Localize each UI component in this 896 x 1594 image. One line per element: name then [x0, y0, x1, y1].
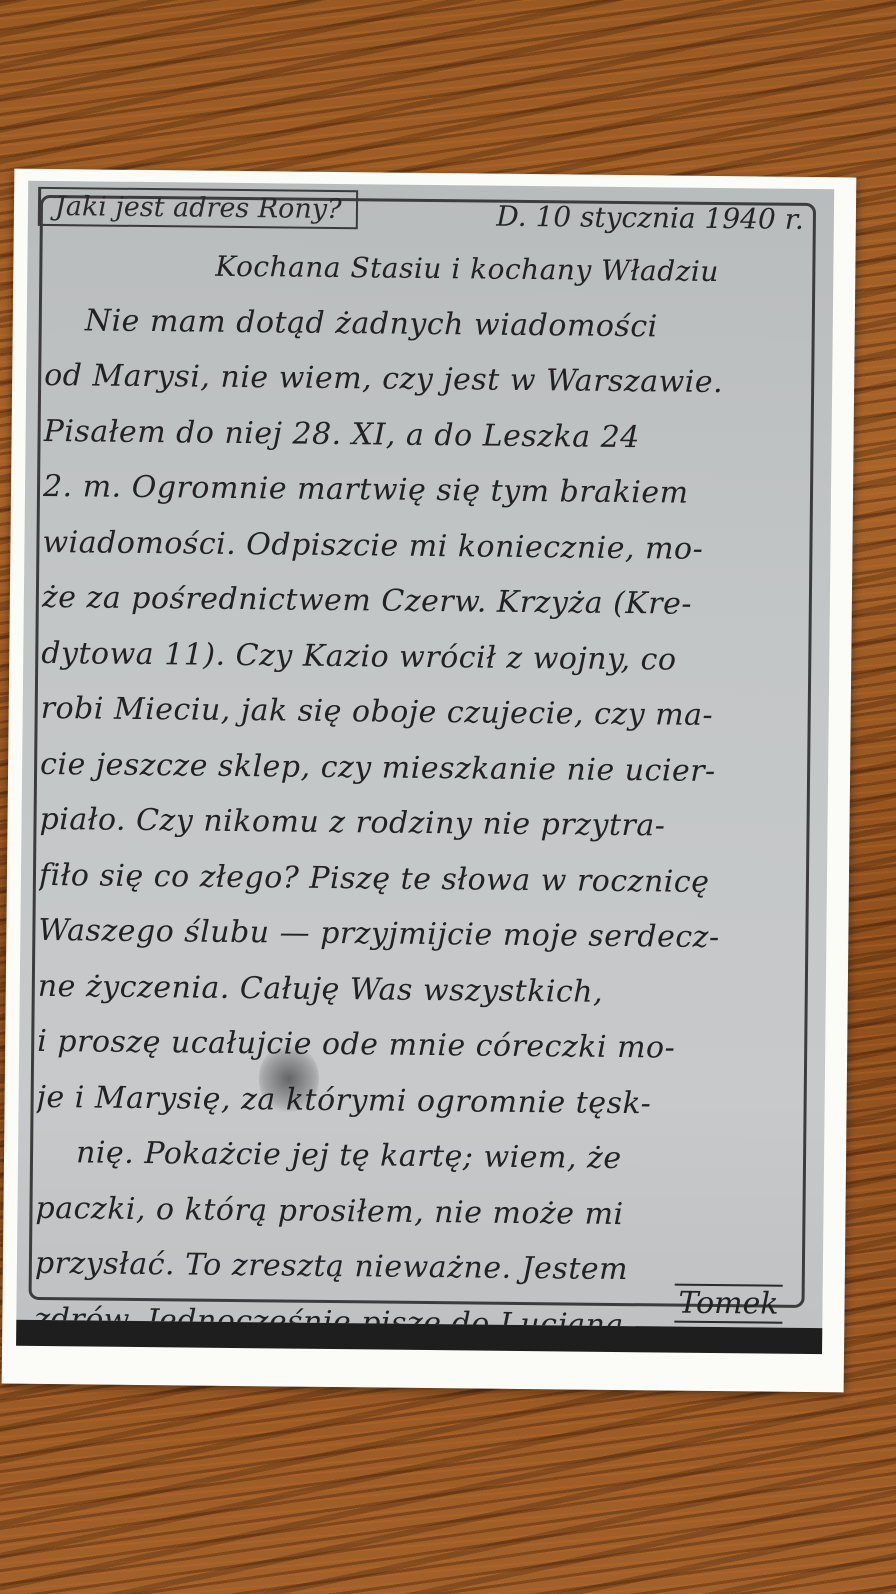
letter-line: paczki, o którą prosiłem, nie może mi — [35, 1180, 794, 1243]
letter-line: ne życzenia. Całuję Was wszystkich, — [38, 958, 797, 1021]
salutation: Kochana Stasiu i kochany Władziu — [45, 237, 804, 300]
letter-line: Pisałem do niej 28. XI, a do Leszka 24 — [43, 403, 802, 466]
letter-date: D. 10 stycznia 1940 r. — [496, 200, 804, 236]
letter-line: dytowa 11). Czy Kazio wrócił z wojny, co — [41, 625, 800, 688]
letter-line: piało. Czy nikomu z rodziny nie przytra- — [39, 792, 798, 855]
letter-line: od Marysi, nie wiem, czy jest w Warszawi… — [44, 348, 803, 411]
letter-line: że za pośrednictwem Czerw. Krzyża (Kre- — [42, 570, 801, 633]
letter-scan: Jaki jest adres Rony? D. 10 stycznia 194… — [16, 181, 834, 1354]
photo-print: Jaki jest adres Rony? D. 10 stycznia 194… — [2, 169, 857, 1393]
letter-line: Waszego ślubu — przyjmijcie moje serdecz… — [38, 903, 797, 966]
letter-line: i proszę ucałujcie ode mnie córeczki mo- — [37, 1014, 796, 1077]
letter-line: fiło się co złego? Piszę te słowa w rocz… — [39, 847, 798, 910]
letter-line: 2. m. Ogromnie martwię się tym brakiem — [43, 459, 802, 522]
letter-line: wiadomości. Odpiszcie mi koniecznie, mo- — [42, 514, 801, 577]
letter-line: robi Mieciu, jak się oboje czujecie, czy… — [40, 681, 799, 744]
letter-line: cie jeszcze sklep, czy mieszkanie nie uc… — [40, 736, 799, 799]
header-note: Jaki jest adres Rony? — [38, 187, 358, 229]
letter-body: Kochana Stasiu i kochany Władziu Nie mam… — [34, 237, 804, 1354]
letter-line: je i Marysię, za którymi ogromnie tęsk- — [36, 1069, 795, 1132]
letter-line: Nie mam dotąd żadnych wiadomości — [45, 292, 804, 355]
signature: Tomek — [674, 1284, 783, 1324]
letter-line: nię. Pokażcie jej tę kartę; wiem, że — [36, 1125, 795, 1188]
